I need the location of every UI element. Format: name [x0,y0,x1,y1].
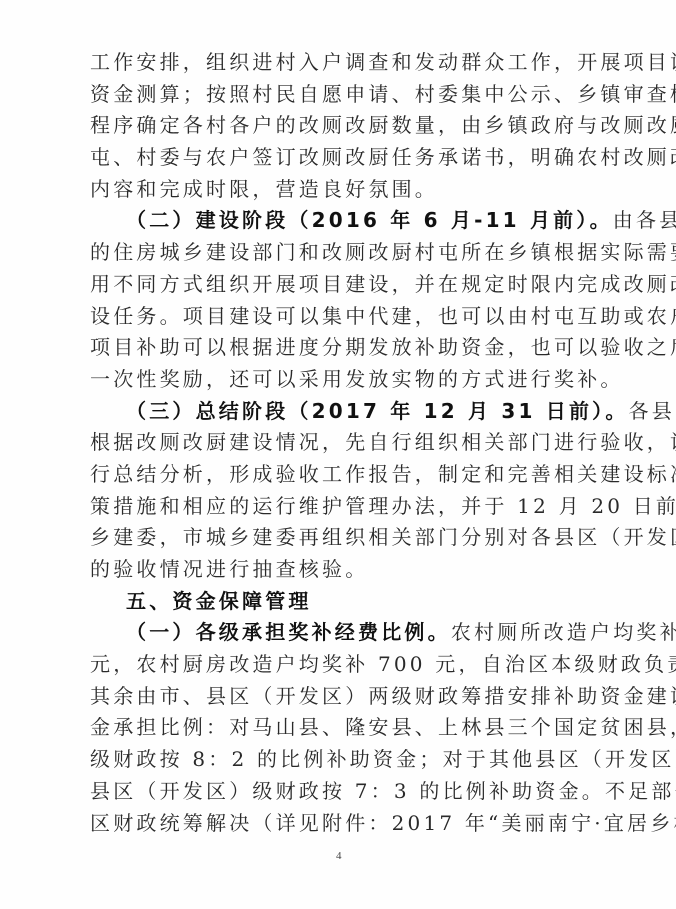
text-line: 的验收情况进行抽查核验。 [90,554,598,586]
text-line: 县区（开发区）级财政按 7：3 的比例补助资金。不足部分由县 [90,776,598,808]
text-run: 各县区（开发区） [629,399,676,423]
text-line: 乡建委，市城乡建委再组织相关部门分别对各县区（开发区）上报 [90,522,598,554]
text-line: 程序确定各村各户的改厕改厨数量，由乡镇政府与改厕改厨的村 [90,110,598,142]
paragraph-construction-first-line: （二）建设阶段（2016 年 6 月-11 月前）。由各县区（开发区） [90,205,598,237]
text-line: 一次性奖励，还可以采用发放实物的方式进行奖补。 [90,364,598,396]
document-body: 工作安排，组织进村入户调查和发动群众工作，开展项目设计和 资金测算；按照村民自愿… [90,47,598,839]
page-number: 4 [336,850,342,862]
construction-stage-heading: （二）建设阶段（2016 年 6 月-11 月前）。 [126,208,613,232]
summary-stage-heading: （三）总结阶段（2017 年 12 月 31 日前）。 [126,399,629,423]
text-line: 元，农村厨房改造户均奖补 700 元，自治区本级财政负责 950 元； [90,649,598,681]
paragraph-funding-first-line: （一）各级承担奖补经费比例。农村厕所改造户均奖补 1200 [90,617,598,649]
text-line: 设任务。项目建设可以集中代建，也可以由村屯互助或农户自建。 [90,301,598,333]
text-run: 由各县区（开发区） [613,208,676,232]
text-line: 项目补助可以根据进度分期发放补助资金，也可以验收之后进行 [90,332,598,364]
text-line: 其余由市、县区（开发区）两级财政筹措安排补助资金建设。资 [90,681,598,713]
text-line: 资金测算；按照村民自愿申请、村委集中公示、乡镇审查核定的 [90,79,598,111]
text-line: 用不同方式组织开展项目建设，并在规定时限内完成改厕改厨建 [90,269,598,301]
text-line: 工作安排，组织进村入户调查和发动群众工作，开展项目设计和 [90,47,598,79]
text-line: 根据改厕改厨建设情况，先自行组织相关部门进行验收，认真进 [90,427,598,459]
funding-ratio-heading: （一）各级承担奖补经费比例。 [126,620,451,644]
text-line: 行总结分析，形成验收工作报告，制定和完善相关建设标准、政 [90,459,598,491]
text-line: 策措施和相应的运行维护管理办法，并于 12 月 20 日前上报市城 [90,491,598,523]
text-line: 内容和完成时限，营造良好氛围。 [90,174,598,206]
document-page: 工作安排，组织进村入户调查和发动群众工作，开展项目设计和 资金测算；按照村民自愿… [0,0,676,909]
text-line: 区财政统筹解决（详见附件：2017 年“美丽南宁·宜居乡村”农 [90,808,598,840]
paragraph-summary-first-line: （三）总结阶段（2017 年 12 月 31 日前）。各县区（开发区） [90,396,598,428]
text-line: 级财政按 8：2 的比例补助资金；对于其他县区（开发区）的市 [90,744,598,776]
text-line: 金承担比例：对马山县、隆安县、上林县三个国定贫困县，市县 [90,712,598,744]
text-line: 屯、村委与农户签订改厕改厨任务承诺书，明确农村改厕改厨的 [90,142,598,174]
text-line: 的住房城乡建设部门和改厕改厨村屯所在乡镇根据实际需要，采 [90,237,598,269]
text-run: 农村厕所改造户均奖补 1200 [451,620,676,644]
chapter-five-title: 五、资金保障管理 [90,586,598,618]
